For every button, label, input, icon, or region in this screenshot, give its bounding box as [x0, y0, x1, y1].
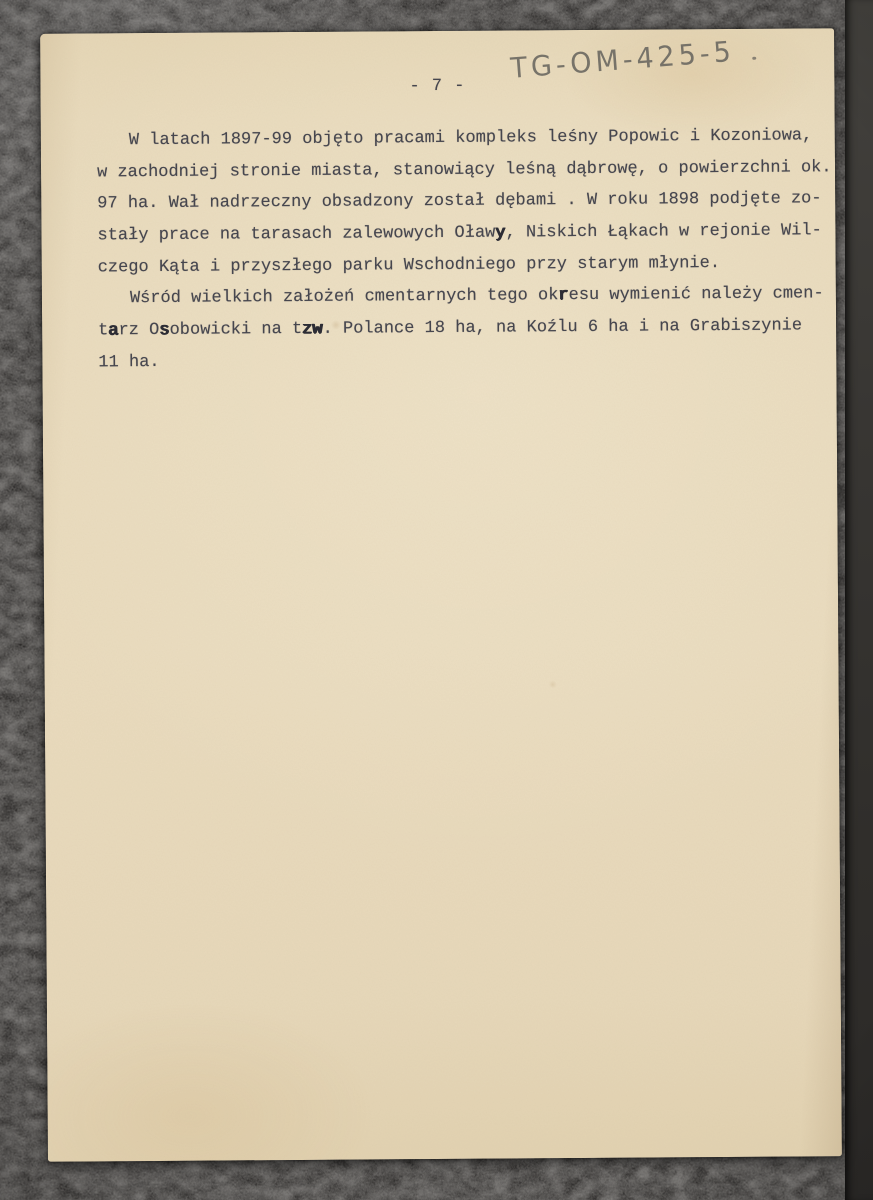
overstruck-characters: zw — [302, 320, 323, 339]
page-number: - 7 - — [409, 77, 465, 96]
typewritten-line: tarz Osobowicki na tzw. Polance 18 ha, n… — [98, 310, 842, 347]
typewritten-line: czego Kąta i przyszłego parku Wschodnieg… — [98, 247, 842, 284]
handwritten-annotation: TG-OM-425-5 — [509, 33, 771, 85]
pencil-mark — [752, 57, 756, 60]
document-page: TG-OM-425-5 - 7 - W latach 1897-99 objęt… — [40, 28, 842, 1162]
typewritten-line: Wśród wielkich założeń cmentarnych tego … — [98, 279, 842, 316]
overstruck-characters: y — [495, 224, 505, 243]
typewritten-text: W latach 1897-99 objęto pracami kompleks… — [97, 120, 843, 379]
typewritten-line: 11 ha. — [98, 342, 842, 379]
overstruck-characters: r — [558, 287, 568, 306]
typewritten-line: w zachodniej stronie miasta, stanowiący … — [97, 152, 841, 189]
typewritten-line: W latach 1897-99 objęto pracami kompleks… — [97, 120, 841, 157]
typewritten-line: stały prace na tarasach zalewowych Oławy… — [97, 215, 841, 252]
scanner-edge-strip — [845, 0, 873, 1200]
scanned-document-view: TG-OM-425-5 - 7 - W latach 1897-99 objęt… — [0, 0, 873, 1200]
typewritten-line: 97 ha. Wał nadrzeczny obsadzony został d… — [97, 184, 841, 221]
overstruck-characters: a — [108, 321, 118, 340]
overstruck-characters: s — [159, 321, 169, 340]
